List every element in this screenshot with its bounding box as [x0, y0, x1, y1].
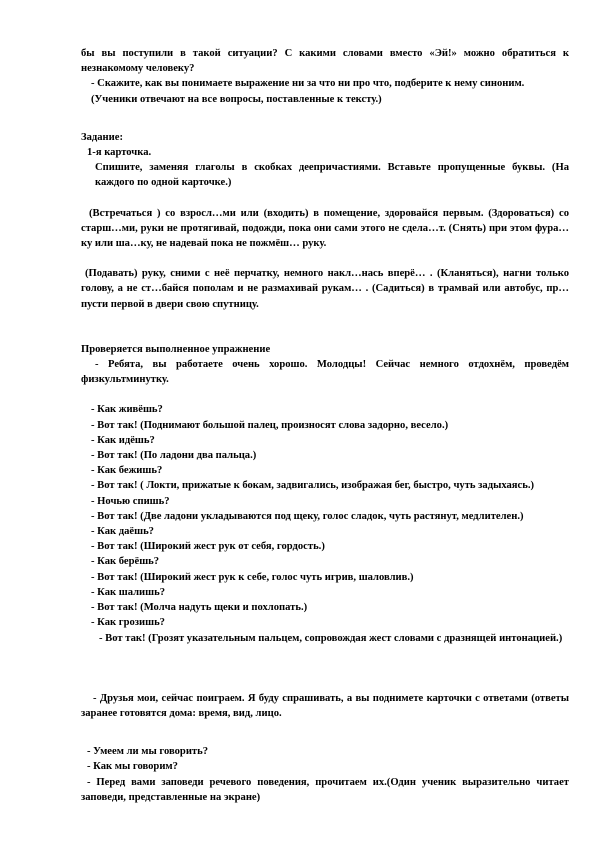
intro-line-2: незнакомому человеку? [81, 63, 194, 74]
game-answers: время, вид, лицо. [199, 708, 282, 719]
exercise-line: - Вот так! (Молча надуть щеки и похлопат… [91, 600, 569, 615]
exercise-line: - Как даёшь? [91, 524, 569, 539]
exercise-line: - Вот так! (Две ладони укладываются под … [91, 509, 569, 524]
exercise-line: - Вот так! (По ладони два пальца.) [91, 448, 569, 463]
check-heading: Проверяется выполненное упражнение [81, 342, 569, 357]
exercise-list: - Как живёшь? - Вот так! (Поднимают боль… [81, 402, 569, 630]
exercise-line: - Вот так! ( Локти, прижатые к бокам, за… [91, 478, 569, 493]
exercise-line: - Как идёшь? [91, 433, 569, 448]
intro-line-3: - Скажите, как вы понимаете выражение ни… [91, 78, 524, 89]
card-title: 1-я карточка. [81, 145, 569, 160]
task-instruction-text: Спишите, заменяя глаголы в скобках деепр… [95, 162, 569, 188]
exercise-line: - Вот так! (Поднимают большой палец, про… [91, 418, 569, 433]
task-instruction: Спишите, заменяя глаголы в скобках деепр… [81, 160, 569, 190]
closing-line: - Как мы говорим? [87, 759, 569, 774]
closing-questions: - Умеем ли мы говорить? - Как мы говорим… [81, 744, 569, 774]
exercise-line: - Ночью спишь? [91, 494, 569, 509]
exercise-line: - Как берёшь? [91, 554, 569, 569]
exercise-line: - Вот так! (Широкий жест рук от себя, го… [91, 539, 569, 554]
exercise-final-line: - Вот так! (Грозят указательным пальцем,… [81, 631, 569, 646]
intro-question-end: незнакомому человеку? [81, 61, 569, 76]
synonym-question: - Скажите, как вы понимаете выражение ни… [81, 76, 569, 91]
intro-question: бы вы поступили в такой ситуации? С каки… [81, 46, 569, 61]
students-answer-note: (Ученики отвечают на все вопросы, постав… [81, 92, 569, 107]
card-paragraph-1: (Встречаться ) со взросл…ми или (входить… [81, 206, 569, 252]
teacher-praise: - Ребята, вы работаете очень хорошо. Мол… [81, 357, 569, 387]
task-heading: Задание: [81, 130, 569, 145]
exercise-line: - Как бежишь? [91, 463, 569, 478]
exercise-line: - Как живёшь? [91, 402, 569, 417]
game-text: - Друзья мои, сейчас поиграем. Я буду сп… [81, 693, 569, 719]
card-paragraph-2: (Подавать) руку, сними с неё перчатку, н… [81, 266, 569, 312]
intro-line-4: (Ученики отвечают на все вопросы, постав… [91, 94, 382, 105]
game-instruction: - Друзья мои, сейчас поиграем. Я буду сп… [81, 691, 569, 721]
exercise-line: - Как грозишь? [91, 615, 569, 630]
exercise-line: - Вот так! (Широкий жест рук к себе, гол… [91, 570, 569, 585]
closing-line: - Умеем ли мы говорить? [87, 744, 569, 759]
document-page: бы вы поступили в такой ситуации? С каки… [81, 46, 569, 805]
closing-commandments: - Перед вами заповеди речевого поведения… [81, 775, 569, 805]
exercise-line: - Как шалишь? [91, 585, 569, 600]
intro-line-1: бы вы поступили в такой ситуации? С каки… [81, 48, 569, 59]
